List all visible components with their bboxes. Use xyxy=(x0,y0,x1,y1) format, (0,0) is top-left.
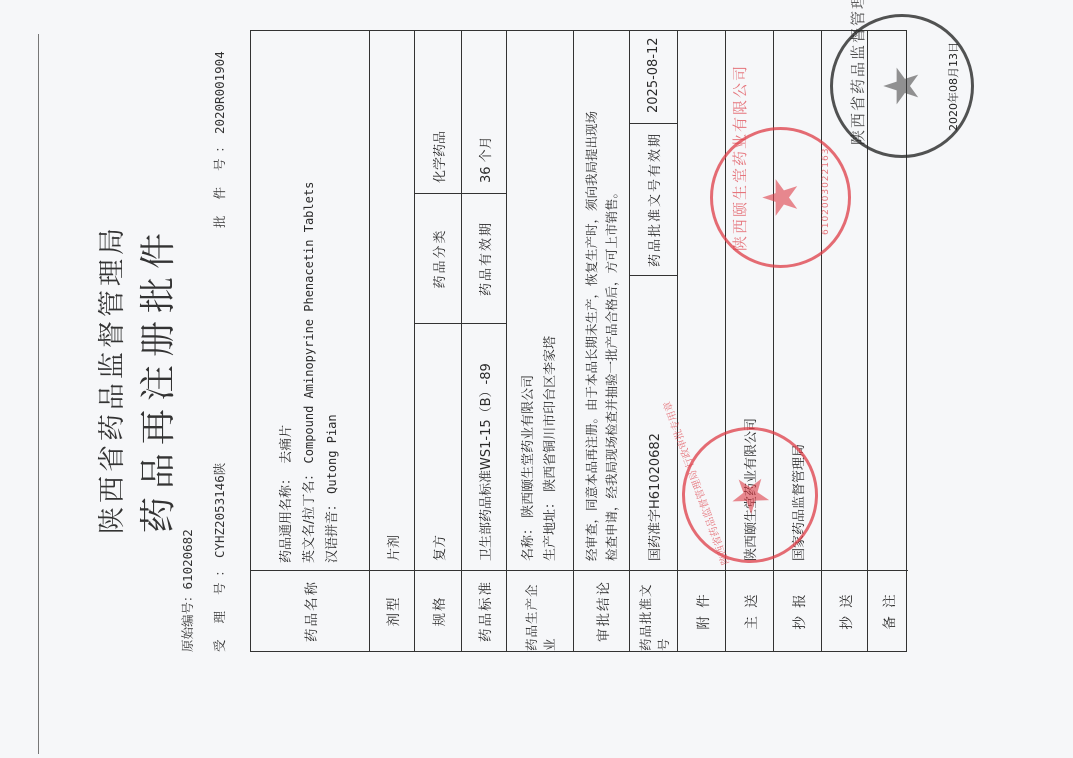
pinyin-value: Qutong Pian xyxy=(325,414,339,493)
original-number: 原始编号：61020682 xyxy=(178,529,196,652)
label-drug-category: 药品分类 xyxy=(415,194,461,324)
main-recipient-value: 陕西颐生堂药业有限公司 xyxy=(726,31,773,571)
conclusion-line-1: 经审查，同意本品再注册。由于本品长期未生产，恢复生产时，须向我局提出现场 xyxy=(582,31,602,561)
report-to-text: 国家药品监督管理局 xyxy=(788,31,807,561)
row-attachment: 附 件 xyxy=(677,31,725,651)
row-manufacturer: 药品生产企业 名称： 陕西颐生堂药业有限公司 生产地址： 陕西省铜川市印台区李家… xyxy=(506,31,573,651)
approval-number: 批 件 号：2020R001904 xyxy=(210,51,228,228)
label-drug-standard: 药品标准 xyxy=(462,570,506,651)
label-specification: 规格 xyxy=(415,570,461,651)
specification-value: 复方 xyxy=(415,358,461,571)
english-name-label: 英文名/拉丁名： xyxy=(302,468,317,563)
label-approval-expiry: 药品批准文号有效期 xyxy=(630,124,677,276)
label-shelf-life: 药品有效期 xyxy=(462,194,506,324)
specification-text: 复方 xyxy=(429,358,448,561)
conclusion-text: 经审查，同意本品再注册。由于本品长期未生产，恢复生产时，须向我局提出现场 检查申… xyxy=(574,31,629,571)
manufacturer-address: 生产地址： 陕西省铜川市印台区李家塔 xyxy=(540,31,562,561)
issuing-authority: 陕西省药品监督管理局 xyxy=(90,0,129,758)
row-approval-number: 药品批准文号 国药准字H61020682 药品批准文号有效期 2025-08-1… xyxy=(629,31,677,651)
approval-number-text: 国药准字H61020682 xyxy=(644,278,663,561)
acceptance-number-value: CYHZ2053146陕 xyxy=(212,463,227,558)
approval-table: 药品名称 药品通用名称： 去痛片 英文名/拉丁名： Compound Amino… xyxy=(250,30,907,652)
row-drug-name: 药品名称 药品通用名称： 去痛片 英文名/拉丁名： Compound Amino… xyxy=(251,31,369,651)
report-to-value: 国家药品监督管理局 xyxy=(774,31,821,571)
manufacturer-address-value: 陕西省铜川市印台区李家塔 xyxy=(543,336,558,492)
label-report-to: 抄 报 xyxy=(774,570,821,651)
manufacturer-name-value: 陕西颐生堂药业有限公司 xyxy=(521,375,536,518)
conclusion-line-2: 检查申请，经我局现场检查并抽验一批产品合格后，方可上市销售。 xyxy=(602,31,622,561)
row-standard: 药品标准 卫生部药品标准WS1-15（B）-89 药品有效期 36 个月 xyxy=(461,31,506,651)
manufacturer-values: 名称： 陕西颐生堂药业有限公司 生产地址： 陕西省铜川市印台区李家塔 xyxy=(507,31,573,571)
acceptance-number-label: 受 理 号： xyxy=(212,558,227,652)
row-copy-to: 抄 送 xyxy=(821,31,867,651)
page-border-line xyxy=(38,34,39,754)
label-attachment: 附 件 xyxy=(678,570,725,651)
label-remarks: 备 注 xyxy=(868,570,908,651)
document-title: 药品再注册批件 xyxy=(130,0,181,758)
pinyin-name: 汉语拼音： Qutong Pian xyxy=(321,31,344,563)
label-manufacturer: 药品生产企业 xyxy=(507,570,573,651)
approval-number-label: 批 件 号： xyxy=(212,134,227,228)
generic-name-label: 药品通用名称： xyxy=(279,472,294,563)
label-dosage-form: 剂型 xyxy=(370,570,414,651)
dosage-form-value: 片剂 xyxy=(370,31,414,571)
row-specification: 规格 复方 药品分类 化学药品 xyxy=(414,31,461,651)
drug-name-values: 药品通用名称： 去痛片 英文名/拉丁名： Compound Aminopyrin… xyxy=(251,31,369,571)
drug-standard-value: 卫生部药品标准WS1-15（B）-89 xyxy=(462,358,506,571)
remarks-value xyxy=(868,31,908,571)
original-number-label: 原始编号： xyxy=(180,589,195,652)
manufacturer-name: 名称： 陕西颐生堂药业有限公司 xyxy=(518,31,540,561)
drug-standard-text: 卫生部药品标准WS1-15（B）-89 xyxy=(475,358,494,561)
approval-expiry-value: 2025-08-12 xyxy=(630,31,677,124)
main-recipient-text: 陕西颐生堂药业有限公司 xyxy=(740,31,759,561)
label-conclusion: 审批结论 xyxy=(574,570,629,651)
approval-number-value-cell: 国药准字H61020682 xyxy=(630,278,677,571)
dosage-form-text: 片剂 xyxy=(383,31,402,561)
english-name-value: Compound Aminopyrine Phenacetin Tablets xyxy=(302,182,316,464)
drug-category-value: 化学药品 xyxy=(415,31,461,194)
label-main-recipient: 主 送 xyxy=(726,570,773,651)
attachment-value xyxy=(678,31,725,571)
row-main-recipient: 主 送 陕西颐生堂药业有限公司 xyxy=(725,31,773,651)
acceptance-number: 受 理 号：CYHZ2053146陕 xyxy=(210,463,228,652)
generic-name: 药品通用名称： 去痛片 xyxy=(276,31,298,563)
approval-number-value: 2020R001904 xyxy=(212,51,227,134)
pinyin-label: 汉语拼音： xyxy=(325,498,340,563)
label-drug-name: 药品名称 xyxy=(251,570,369,651)
shelf-life-value: 36 个月 xyxy=(462,31,506,194)
row-dosage-form: 剂型 片剂 xyxy=(369,31,414,651)
generic-name-value: 去痛片 xyxy=(279,425,294,464)
label-copy-to: 抄 送 xyxy=(822,570,867,651)
copy-to-value xyxy=(822,31,867,571)
row-conclusion: 审批结论 经审查，同意本品再注册。由于本品长期未生产，恢复生产时，须向我局提出现… xyxy=(573,31,629,651)
row-remarks: 备 注 xyxy=(867,31,908,651)
english-name: 英文名/拉丁名： Compound Aminopyrine Phenacetin… xyxy=(298,31,321,563)
manufacturer-name-label: 名称： xyxy=(521,522,536,561)
row-report-to: 抄 报 国家药品监督管理局 xyxy=(773,31,821,651)
document-page: 陕西省药品监督管理局 药品再注册批件 原始编号：61020682 受 理 号：C… xyxy=(0,0,1073,758)
manufacturer-address-label: 生产地址： xyxy=(543,496,558,561)
label-approval-number: 药品批准文号 xyxy=(630,570,677,651)
original-number-value: 61020682 xyxy=(180,529,195,589)
authority-seal-date: 2020年08月13日 xyxy=(945,42,961,131)
